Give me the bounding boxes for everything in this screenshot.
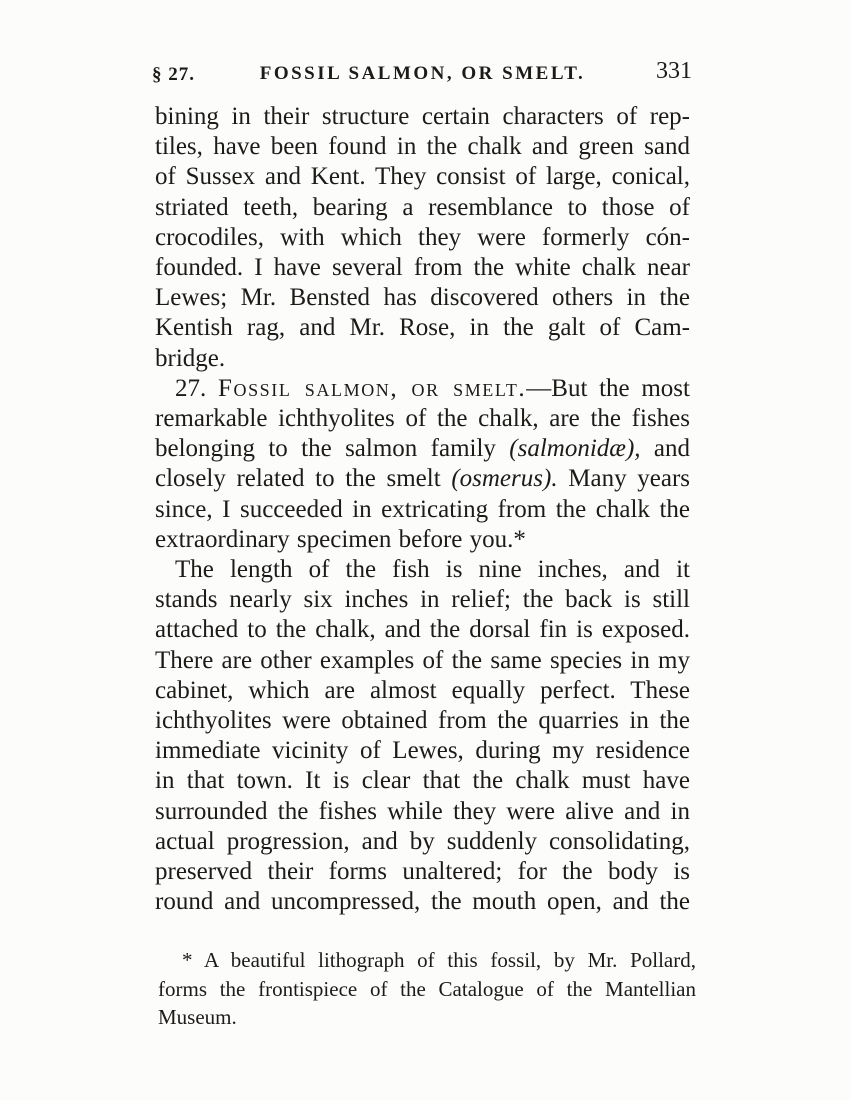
text-run: Museum. bbox=[158, 1005, 237, 1029]
text-run: bining in their structure certain charac… bbox=[155, 103, 690, 130]
text-line: forms the frontispiece of the Catalogue … bbox=[158, 975, 696, 1004]
text-run: attached to the chalk, and the dorsal fi… bbox=[155, 616, 690, 643]
text-run: immediate vicinity of Lewes, during my r… bbox=[155, 737, 690, 764]
text-line: The length of the fish is nine inches, a… bbox=[155, 555, 690, 585]
text-line: actual progression, and by suddenly cons… bbox=[155, 827, 690, 857]
text-run: 27. bbox=[175, 375, 218, 402]
text-run: extraordinary specimen before you.* bbox=[155, 526, 526, 553]
text-line: * A beautiful lithograph of this fossil,… bbox=[158, 946, 696, 975]
text-run: crocodiles, with which they were formerl… bbox=[155, 224, 690, 251]
text-line: 27. Fossil salmon, or smelt.—But the mos… bbox=[155, 374, 690, 404]
running-head: § 27. FOSSIL SALMON, OR SMELT. 331 bbox=[155, 61, 690, 89]
text-line: founded. I have several from the white c… bbox=[155, 253, 690, 283]
text-run: —But the most bbox=[526, 375, 690, 402]
text-line: Museum. bbox=[158, 1003, 696, 1032]
book-page: § 27. FOSSIL SALMON, OR SMELT. 331 binin… bbox=[0, 0, 850, 1100]
text-run: Many years bbox=[558, 465, 690, 492]
text-run: cabinet, which are almost equally perfec… bbox=[155, 677, 690, 704]
text-run: remarkable ichthyolites of the chalk, ar… bbox=[155, 405, 690, 432]
text-line: surrounded the fishes while they were al… bbox=[155, 797, 690, 827]
text-run: in that town. It is clear that the chalk… bbox=[155, 767, 690, 794]
text-run: bridge. bbox=[155, 345, 225, 372]
text-run: actual progression, and by suddenly cons… bbox=[155, 828, 690, 855]
text-line: extraordinary specimen before you.* bbox=[155, 525, 690, 555]
text-run: The length of the fish is nine inches, a… bbox=[175, 556, 690, 583]
text-run: of Sussex and Kent. They consist of larg… bbox=[155, 163, 690, 190]
text-run: surrounded the fishes while they were al… bbox=[155, 798, 690, 825]
text-line: since, I succeeded in extricating from t… bbox=[155, 495, 690, 525]
text-line: round and uncompressed, the mouth open, … bbox=[155, 887, 690, 917]
paragraph: bining in their structure certain charac… bbox=[155, 102, 690, 374]
text-line: ichthyolites were obtained from the quar… bbox=[155, 706, 690, 736]
text-line: attached to the chalk, and the dorsal fi… bbox=[155, 615, 690, 645]
text-line: bining in their structure certain charac… bbox=[155, 102, 690, 132]
text-line: immediate vicinity of Lewes, during my r… bbox=[155, 736, 690, 766]
page-number: 331 bbox=[656, 58, 692, 85]
text-line: belonging to the salmon family (salmonid… bbox=[155, 434, 690, 464]
text-run: Lewes; Mr. Bensted has discovered others… bbox=[155, 284, 690, 311]
text-run: tiles, have been found in the chalk and … bbox=[155, 133, 690, 160]
paragraph: The length of the fish is nine inches, a… bbox=[155, 555, 690, 917]
text-run: striated teeth, bearing a resemblance to… bbox=[155, 194, 690, 221]
page-body-text: bining in their structure certain charac… bbox=[155, 102, 690, 917]
text-line: closely related to the smelt (osmerus). … bbox=[155, 464, 690, 494]
text-run: since, I succeeded in extricating from t… bbox=[155, 496, 690, 523]
text-line: preserved their forms unaltered; for the… bbox=[155, 857, 690, 887]
text-run: stands nearly six inches in relief; the … bbox=[155, 586, 690, 613]
text-run: and bbox=[641, 435, 690, 462]
text-line: striated teeth, bearing a resemblance to… bbox=[155, 193, 690, 223]
text-line: stands nearly six inches in relief; the … bbox=[155, 585, 690, 615]
text-run: founded. I have several from the white c… bbox=[155, 254, 690, 281]
text-line: in that town. It is clear that the chalk… bbox=[155, 766, 690, 796]
text-run: Kentish rag, and Mr. Rose, in the galt o… bbox=[155, 314, 690, 341]
text-run: closely related to the smelt bbox=[155, 465, 451, 492]
text-run: ichthyolites were obtained from the quar… bbox=[155, 707, 690, 734]
text-line: remarkable ichthyolites of the chalk, ar… bbox=[155, 404, 690, 434]
text-line: There are other examples of the same spe… bbox=[155, 646, 690, 676]
text-line: cabinet, which are almost equally perfec… bbox=[155, 676, 690, 706]
text-line: Lewes; Mr. Bensted has discovered others… bbox=[155, 283, 690, 313]
text-run: belonging to the salmon family bbox=[155, 435, 509, 462]
text-line: of Sussex and Kent. They consist of larg… bbox=[155, 162, 690, 192]
text-line: bridge. bbox=[155, 344, 690, 374]
italic-text-run: (salmonidæ), bbox=[509, 435, 640, 462]
paragraph: 27. Fossil salmon, or smelt.—But the mos… bbox=[155, 374, 690, 555]
text-line: Kentish rag, and Mr. Rose, in the galt o… bbox=[155, 313, 690, 343]
text-run: forms the frontispiece of the Catalogue … bbox=[158, 977, 696, 1001]
running-title: FOSSIL SALMON, OR SMELT. bbox=[155, 63, 690, 85]
text-run: There are other examples of the same spe… bbox=[155, 647, 690, 674]
text-run: preserved their forms unaltered; for the… bbox=[155, 858, 690, 885]
text-line: tiles, have been found in the chalk and … bbox=[155, 132, 690, 162]
text-run: round and uncompressed, the mouth open, … bbox=[155, 888, 690, 915]
footnote: * A beautiful lithograph of this fossil,… bbox=[158, 946, 696, 1032]
italic-text-run: (osmerus). bbox=[451, 465, 557, 492]
text-line: crocodiles, with which they were formerl… bbox=[155, 223, 690, 253]
smallcaps-text-run: Fossil salmon, or smelt. bbox=[218, 375, 526, 402]
text-run: * A beautiful lithograph of this fossil,… bbox=[182, 948, 696, 972]
